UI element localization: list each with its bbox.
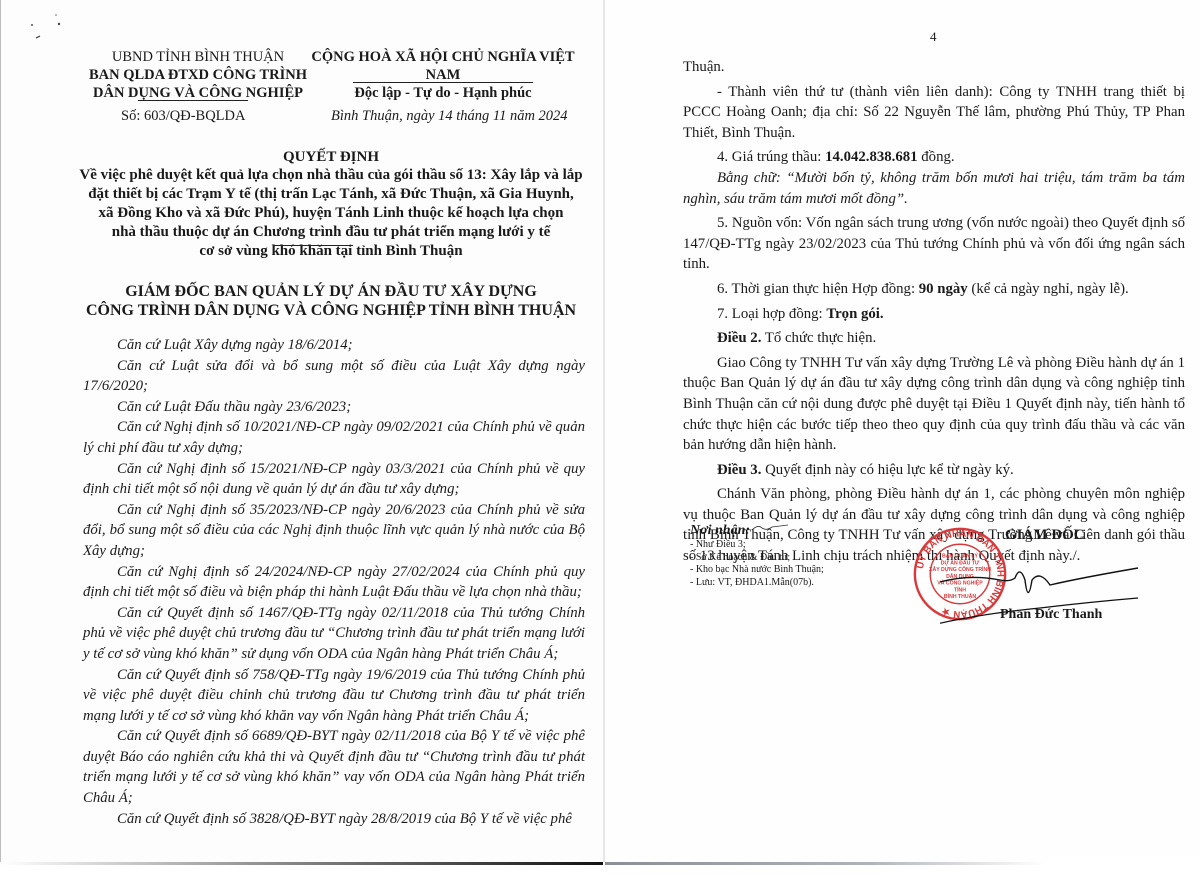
legal-bases: Căn cứ Luật Xây dựng ngày 18/6/2014; Căn… (83, 335, 585, 829)
authority-line: GIÁM ĐỐC BAN QUẢN LÝ DỰ ÁN ĐẦU TƯ XÂY DỰ… (61, 282, 601, 301)
joint-venture-member-4: - Thành viên thứ tư (thành viên liên dan… (683, 82, 1185, 144)
legal-basis-item: Căn cứ Quyết định số 3828/QĐ-BYT ngày 28… (83, 809, 585, 830)
legal-basis-item: Căn cứ Luật Xây dựng ngày 18/6/2014; (83, 335, 585, 356)
recipient-item: - Lưu: VT, ĐHDA1.Mẫn(07b). (690, 577, 930, 590)
issuing-agency-header: UBND TỈNH BÌNH THUẬN BAN QLDA ĐTXD CÔNG … (83, 48, 313, 102)
winning-price: 4. Giá trúng thầu: 14.042.838.681 đồng. (683, 147, 1185, 168)
scan-edge-shadow (605, 862, 1045, 865)
legal-basis-item: Căn cứ Nghị định số 24/2024/NĐ-CP ngày 2… (83, 562, 585, 603)
national-motto-header: CỘNG HOÀ XÃ HỘI CHỦ NGHĨA VIỆT NAM Độc l… (293, 48, 593, 102)
article-2-heading: Điều 2. Tổ chức thực hiện. (683, 328, 1185, 349)
legal-basis-item: Căn cứ Quyết định số 1467/QĐ-TTg ngày 02… (83, 603, 585, 665)
article-2-title: Tổ chức thực hiện. (761, 330, 876, 346)
decision-body-continued: Thuận. - Thành viên thứ tư (thành viên l… (683, 57, 1185, 567)
agency-underline (138, 100, 248, 101)
svg-text:BAN QUẢN LÝ: BAN QUẢN LÝ (942, 553, 978, 560)
page-number: 4 (930, 29, 937, 45)
legal-basis-item: Căn cứ Quyết định số 6689/QĐ-BYT ngày 02… (83, 726, 585, 808)
document-page-left: UBND TỈNH BÌNH THUẬN BAN QLDA ĐTXD CÔNG … (0, 0, 604, 862)
decision-subject: Về việc phê duyệt kết quả lựa chọn nhà t… (61, 166, 601, 261)
agency-line-1: UBND TỈNH BÌNH THUẬN (83, 48, 313, 66)
winning-price-label: 4. Giá trúng thầu: (717, 149, 825, 165)
subject-underline (273, 245, 353, 246)
article-2-label: Điều 2. (717, 330, 761, 346)
subject-line: Về việc phê duyệt kết quả lựa chọn nhà t… (61, 166, 601, 185)
duration-value: 90 ngày (919, 281, 968, 297)
recipient-item: - Như Điều 3; (690, 539, 930, 552)
legal-basis-item: Căn cứ Quyết định số 758/QĐ-TTg ngày 19/… (83, 665, 585, 727)
legal-basis-item: Căn cứ Luật sửa đổi và bổ sung một số đi… (83, 356, 585, 397)
contract-duration: 6. Thời gian thực hiện Hợp đồng: 90 ngày… (683, 279, 1185, 300)
handwritten-initial (750, 522, 790, 534)
recipient-item: - Sở Kế hoạch & Đầu tư; (690, 552, 930, 565)
recipients-title: Nơi nhận: (690, 523, 930, 539)
decision-title: QUYẾT ĐỊNH (61, 149, 601, 166)
handwritten-signature (940, 560, 1140, 635)
article-3-heading: Điều 3. Quyết định này có hiệu lực kể từ… (683, 460, 1185, 481)
document-number: Số: 603/QĐ-BQLDA (121, 108, 281, 125)
signer-name: Phan Đức Thanh (1000, 607, 1102, 623)
motto-underline (353, 82, 533, 83)
legal-basis-item: Căn cứ Nghị định số 10/2021/NĐ-CP ngày 0… (83, 417, 585, 458)
subject-line: xã Đồng Kho và xã Đức Phú), huyện Tánh L… (61, 204, 601, 223)
contract-type-label: 7. Loại hợp đồng: (717, 306, 826, 322)
recipients-block: Nơi nhận: - Như Điều 3; - Sở Kế hoạch & … (690, 523, 930, 589)
subject-line: nhà thầu thuộc dự án Chương trình đầu tư… (61, 223, 601, 242)
motto: Độc lập - Tự do - Hạnh phúc (293, 84, 593, 102)
duration-note: (kể cả ngày nghỉ, ngày lễ). (968, 281, 1129, 297)
article-2-body: Giao Công ty TNHH Tư vấn xây dựng Trường… (683, 353, 1185, 456)
contract-type-value: Trọn gói. (826, 306, 883, 322)
legal-basis-item: Căn cứ Nghị định số 35/2023/NĐ-CP ngày 2… (83, 500, 585, 562)
duration-label: 6. Thời gian thực hiện Hợp đồng: (717, 281, 919, 297)
winning-price-value: 14.042.838.681 (825, 149, 917, 165)
legal-basis-item: Căn cứ Nghị định số 15/2021/NĐ-CP ngày 0… (83, 459, 585, 500)
subject-line: đặt thiết bị các Trạm Y tế (thị trấn Lạc… (61, 185, 601, 204)
article-3-title: Quyết định này có hiệu lực kể từ ngày ký… (761, 462, 1013, 478)
legal-basis-item: Căn cứ Luật Đấu thầu ngày 23/6/2023; (83, 397, 585, 418)
funding-source: 5. Nguồn vốn: Vốn ngân sách trung ương (… (683, 213, 1185, 275)
issuing-authority: GIÁM ĐỐC BAN QUẢN LÝ DỰ ÁN ĐẦU TƯ XÂY DỰ… (61, 282, 601, 320)
scan-speck-marks (26, 10, 66, 40)
signer-title: GIÁM ĐỐC (1005, 527, 1085, 544)
winning-price-unit: đồng. (918, 149, 955, 165)
scan-edge-shadow (0, 862, 603, 865)
country-name: CỘNG HOÀ XÃ HỘI CHỦ NGHĨA VIỆT NAM (293, 48, 593, 84)
authority-line: CÔNG TRÌNH DÂN DỤNG VÀ CÔNG NGHIỆP TỈNH … (61, 301, 601, 320)
article-3-label: Điều 3. (717, 462, 761, 478)
price-in-words: Bằng chữ: “Mười bốn tỷ, không trăm bốn m… (683, 168, 1185, 209)
agency-line-2: BAN QLDA ĐTXD CÔNG TRÌNH (83, 66, 313, 84)
recipient-item: - Kho bạc Nhà nước Bình Thuận; (690, 564, 930, 577)
continuation-text: Thuận. (683, 57, 1185, 78)
contract-type: 7. Loại hợp đồng: Trọn gói. (683, 304, 1185, 325)
place-and-date: Bình Thuận, ngày 14 tháng 11 năm 2024 (331, 108, 601, 125)
